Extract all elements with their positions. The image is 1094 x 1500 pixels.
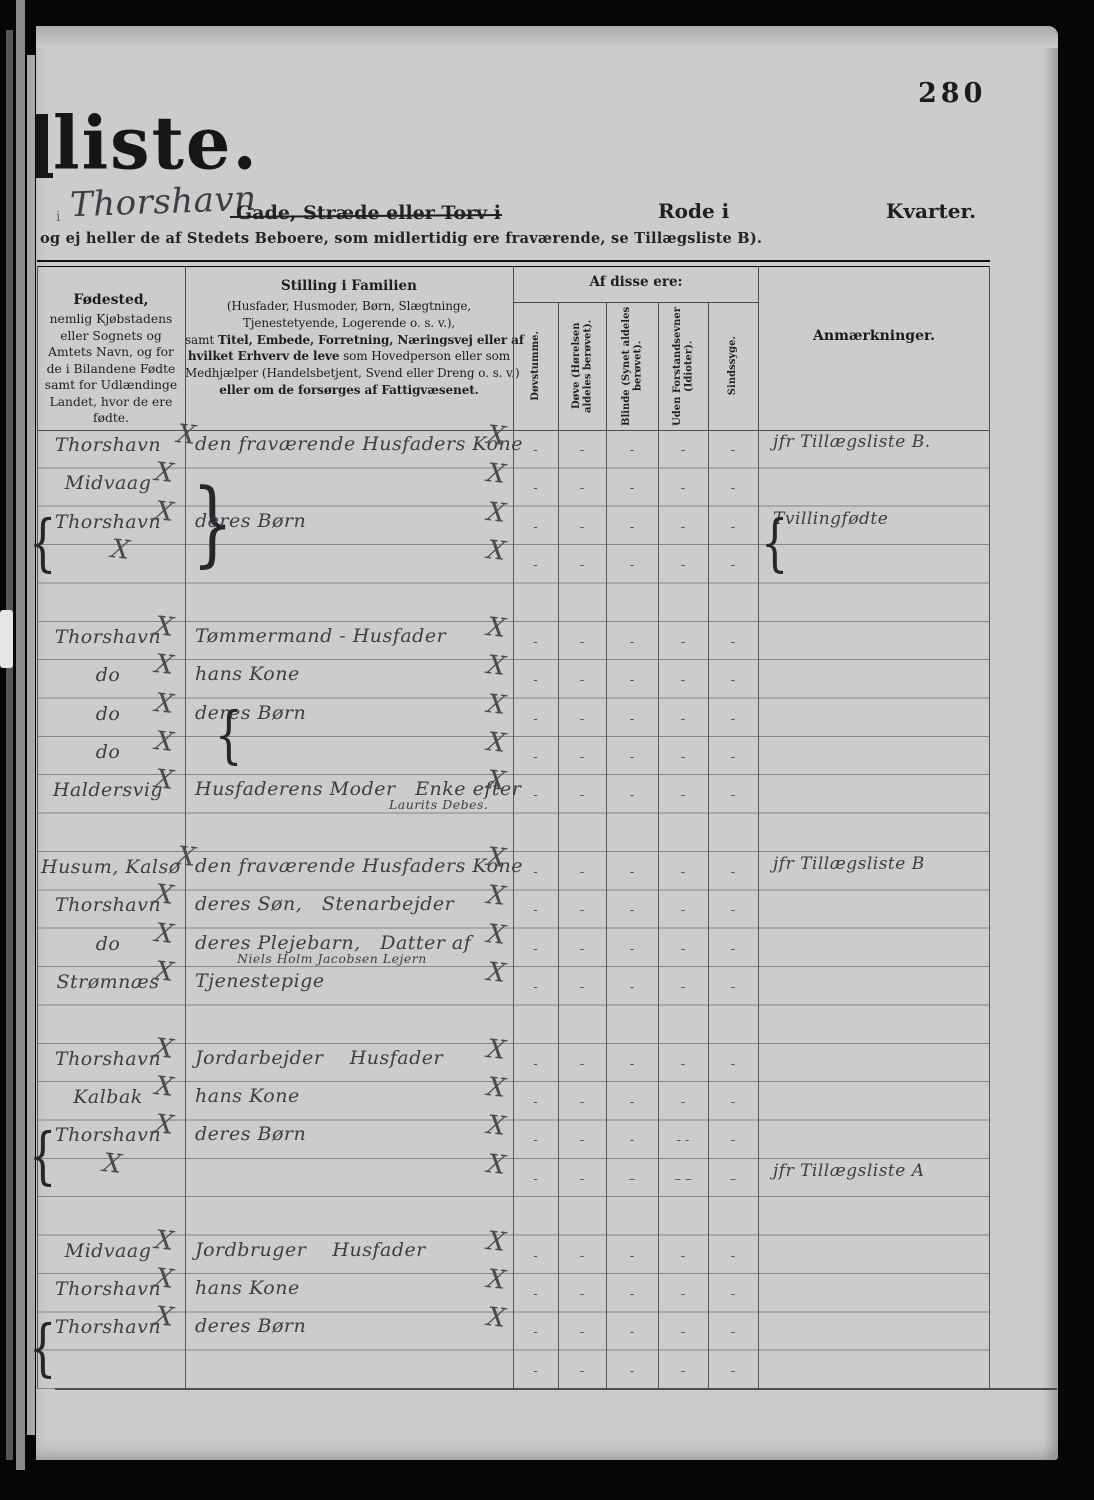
position-x-mark: X: [485, 1302, 507, 1334]
check-mark-uden-forstandsevner: -: [658, 1095, 708, 1110]
check-mark-dove: -: [558, 1325, 606, 1340]
position-x-mark: X: [485, 1264, 507, 1296]
position-x-mark: X: [485, 689, 507, 721]
column-divider: [558, 302, 559, 430]
birthplace-x-mark: X: [153, 1301, 175, 1333]
check-mark-blinde: -: [606, 1287, 658, 1302]
check-mark-dove: -: [558, 903, 606, 918]
check-mark-dovstumme: -: [513, 942, 558, 957]
check-mark-dovstumme: -: [513, 1325, 558, 1340]
check-mark-dove: -: [558, 712, 606, 727]
struck-street-label: Gade, Stræde eller Torv i: [236, 202, 501, 224]
position-entry: hans Kone: [195, 663, 300, 685]
book-edge: [6, 30, 13, 1460]
check-mark-sindssyge: -: [708, 673, 758, 688]
position-entry: Tjenestepige: [195, 970, 325, 992]
header-check-col: Sindssyge.: [708, 302, 758, 430]
check-mark-dovstumme: -: [513, 1095, 558, 1110]
check-mark-dove: -: [558, 980, 606, 995]
position-x-mark: X: [485, 535, 507, 567]
check-mark-sindssyge: -: [708, 1287, 758, 1302]
remark-entry: jfr Tillægsliste B.: [773, 432, 989, 452]
table-row: - - - - -: [37, 1351, 990, 1389]
header-birthplace: Fødested, nemlig Kjøbstadens eller Sogne…: [37, 292, 185, 427]
table-bottom-rule: [55, 1388, 1057, 1390]
check-mark-uden-forstandsevner: -: [658, 712, 708, 727]
check-mark-uden-forstandsevner: -: [658, 1249, 708, 1264]
table-row: Thorshavn X den fraværende Husfaders Kon…: [37, 430, 990, 468]
table-row: Thorshavn X deres Søn, Stenarbejder X - …: [37, 890, 990, 928]
position-x-mark: X: [485, 765, 507, 797]
header-check-col: Uden Forstandsevner (Idioter).: [658, 302, 708, 430]
check-mark-blinde: -: [606, 635, 658, 650]
position-sub-entry: Laurits Debes.: [389, 797, 488, 812]
check-mark-sindssyge: -: [708, 1095, 758, 1110]
table-header: Fødested, nemlig Kjøbstadens eller Sogne…: [37, 266, 990, 431]
position-entry: deres Børn: [195, 1123, 306, 1145]
check-mark-dovstumme: -: [513, 1133, 558, 1148]
paper-sheet: 280 liste. i Thorshavn Gade, Stræde elle…: [36, 26, 1058, 1460]
check-mark-uden-forstandsevner: – –: [658, 1172, 708, 1187]
birthplace-x-mark: X: [175, 419, 197, 451]
header-af-disse-ere: Af disse ere:: [513, 274, 759, 290]
check-mark-dovstumme: -: [513, 635, 558, 650]
table-row: Thorshavn X Jordarbejder Husfader X - - …: [37, 1044, 990, 1082]
position-entry: Tømmermand - Husfader: [195, 625, 446, 647]
check-mark-dove: -: [558, 1133, 606, 1148]
table-row: Husum, Kalsø X den fraværende Husfaders …: [37, 852, 990, 890]
column-divider: [185, 266, 186, 430]
column-divider: [708, 302, 709, 430]
column-divider: [758, 266, 759, 430]
check-mark-uden-forstandsevner: -: [658, 520, 708, 535]
position-x-mark: X: [485, 880, 507, 912]
check-mark-blinde: -: [606, 750, 658, 765]
table-row: X X - - - - -: [37, 545, 990, 583]
header-check-col: Døve (Hørelsen aldeles berøvet).: [558, 302, 606, 430]
column-divider: [37, 266, 38, 430]
check-mark-dovstumme: -: [513, 712, 558, 727]
birthplace-x-mark: X: [153, 1110, 175, 1142]
check-mark-dovstumme: -: [513, 788, 558, 803]
check-mark-sindssyge: -: [708, 750, 758, 765]
check-mark-dovstumme: -: [513, 558, 558, 573]
position-entry: deres Børn: [195, 510, 306, 532]
table-row: Thorshavn X deres Børn X - - - - -: [37, 1312, 990, 1350]
check-mark-sindssyge: -: [708, 980, 758, 995]
position-x-mark: X: [485, 1226, 507, 1258]
birthplace-x-mark: X: [109, 534, 131, 566]
position-x-mark: X: [485, 1072, 507, 1104]
check-mark-uden-forstandsevner: -: [658, 558, 708, 573]
check-mark-sindssyge: -: [708, 635, 758, 650]
birthplace-x-mark: X: [153, 879, 175, 911]
position-entry: den fraværende Husfaders Kone: [195, 855, 523, 877]
table-row: Thorshavn X deres Børn X - - - - - Tvill…: [37, 507, 990, 545]
position-x-mark: X: [485, 497, 507, 529]
check-mark-blinde: -: [606, 1133, 658, 1148]
check-mark-sindssyge: -: [708, 558, 758, 573]
position-entry: Jordarbejder Husfader: [195, 1047, 443, 1069]
position-entry: Jordbruger Husfader: [195, 1239, 426, 1261]
table-row: Strømnæs X Tjenestepige X - - - - -: [37, 967, 990, 1005]
position-entry: den fraværende Husfaders Kone: [195, 433, 523, 455]
birthplace-entry: Husum, Kalsø: [41, 856, 175, 878]
check-mark-dovstumme: -: [513, 1287, 558, 1302]
check-mark-uden-forstandsevner: -: [658, 481, 708, 496]
check-mark-blinde: -: [606, 1364, 658, 1379]
book-edge: [27, 55, 35, 1435]
table-row: Thorshavn X deres Børn X - - - - - -: [37, 1120, 990, 1158]
check-mark-sindssyge: -: [708, 788, 758, 803]
birthplace-x-mark: X: [153, 688, 175, 720]
header-birthplace-title: Fødested,: [37, 292, 185, 308]
location-prefix: i: [56, 209, 60, 225]
position-x-mark: X: [485, 1111, 507, 1143]
table-row: do X deres Plejebarn, Datter af Niels Ho…: [37, 929, 990, 967]
table-row: Thorshavn X hans Kone X - - - - -: [37, 1274, 990, 1312]
check-mark-uden-forstandsevner: - -: [658, 1133, 708, 1148]
remark-entry: Tvillingfødte: [773, 509, 989, 529]
check-mark-blinde: -: [606, 520, 658, 535]
table-row: Kalbak X hans Kone X - - - - -: [37, 1082, 990, 1120]
birthplace-x-mark: X: [153, 1033, 175, 1065]
position-x-mark: X: [485, 650, 507, 682]
check-mark-uden-forstandsevner: -: [658, 788, 708, 803]
birthplace-x-mark: X: [153, 726, 175, 758]
check-mark-blinde: -: [606, 558, 658, 573]
table-row: Haldersvig X Husfaderens Moder Enke efte…: [37, 775, 990, 813]
position-entry: deres Børn: [195, 1315, 306, 1337]
book-edge: [16, 0, 25, 1470]
table-row: Midvaag X Jordbruger Husfader X - - - - …: [37, 1236, 990, 1274]
check-mark-uden-forstandsevner: -: [658, 750, 708, 765]
check-mark-dovstumme: -: [513, 481, 558, 496]
check-mark-dove: -: [558, 1057, 606, 1072]
check-mark-uden-forstandsevner: -: [658, 443, 708, 458]
check-mark-sindssyge: -: [708, 865, 758, 880]
check-mark-blinde: -: [606, 481, 658, 496]
position-x-mark: X: [485, 420, 507, 452]
birthplace-x-mark: X: [153, 1263, 175, 1295]
check-mark-dove: -: [558, 520, 606, 535]
check-mark-dovstumme: -: [513, 865, 558, 880]
check-mark-sindssyge: -: [708, 1249, 758, 1264]
check-mark-sindssyge: -: [708, 903, 758, 918]
check-mark-dovstumme: -: [513, 673, 558, 688]
birthplace-entry: Thorshavn: [41, 434, 175, 456]
check-mark-blinde: -: [606, 980, 658, 995]
check-mark-dovstumme: -: [513, 750, 558, 765]
check-mark-uden-forstandsevner: -: [658, 942, 708, 957]
check-mark-dove: -: [558, 1287, 606, 1302]
table-row: Thorshavn X Tømmermand - Husfader X - - …: [37, 622, 990, 660]
check-mark-dove: -: [558, 443, 606, 458]
birthplace-x-mark: X: [153, 611, 175, 643]
remark-entry: jfr Tillægsliste A: [773, 1161, 989, 1181]
check-mark-blinde: -: [606, 1325, 658, 1340]
position-x-mark: X: [485, 957, 507, 989]
check-mark-uden-forstandsevner: -: [658, 903, 708, 918]
check-mark-dove: -: [558, 673, 606, 688]
check-mark-sindssyge: -: [708, 1325, 758, 1340]
column-divider: [658, 302, 659, 430]
page-title: liste.: [53, 100, 259, 186]
birthplace-x-mark: X: [153, 496, 175, 528]
position-entry: deres Børn: [195, 702, 306, 724]
position-sub-entry: Niels Holm Jacobsen Lejern: [237, 951, 427, 966]
column-divider: [606, 302, 607, 430]
table-row: Midvaag X X - - - - -: [37, 468, 990, 506]
birthplace-x-mark: X: [153, 764, 175, 796]
check-mark-dove: -: [558, 1095, 606, 1110]
check-mark-dovstumme: -: [513, 1057, 558, 1072]
check-mark-sindssyge: -: [708, 481, 758, 496]
check-mark-dovstumme: -: [513, 1172, 558, 1187]
birthplace-x-mark: X: [153, 956, 175, 988]
check-mark-blinde: -: [606, 1057, 658, 1072]
check-mark-dove: -: [558, 865, 606, 880]
check-mark-uden-forstandsevner: -: [658, 1057, 708, 1072]
position-x-mark: X: [485, 919, 507, 951]
birthplace-x-mark: X: [153, 1225, 175, 1257]
check-mark-dove: -: [558, 1172, 606, 1187]
check-mark-sindssyge: -: [708, 1133, 758, 1148]
check-mark-blinde: -: [606, 788, 658, 803]
position-entry: hans Kone: [195, 1277, 300, 1299]
table-row: [37, 1005, 990, 1043]
column-divider: [513, 266, 514, 430]
check-mark-dove: -: [558, 942, 606, 957]
birthplace-x-mark: X: [175, 841, 197, 873]
check-mark-dovstumme: -: [513, 1364, 558, 1379]
check-mark-dovstumme: -: [513, 443, 558, 458]
handwritten-place: Thorshavn: [69, 179, 257, 225]
check-mark-uden-forstandsevner: -: [658, 1325, 708, 1340]
check-mark-blinde: -: [606, 1095, 658, 1110]
check-mark-blinde: -: [606, 673, 658, 688]
check-mark-uden-forstandsevner: -: [658, 673, 708, 688]
table-row: do X deres Børn X - - - - -: [37, 699, 990, 737]
table-row: [37, 1197, 990, 1235]
note-line: og ej heller de af Stedets Beboere, som …: [40, 230, 762, 247]
check-mark-blinde: -: [606, 942, 658, 957]
check-mark-blinde: –: [606, 1172, 658, 1187]
birthplace-x-mark: X: [153, 457, 175, 489]
check-mark-blinde: -: [606, 865, 658, 880]
check-mark-sindssyge: -: [708, 1057, 758, 1072]
table-body: Thorshavn X den fraværende Husfaders Kon…: [37, 430, 990, 1389]
check-mark-sindssyge: -: [708, 1364, 758, 1379]
check-mark-dove: -: [558, 635, 606, 650]
header-position-title: Stilling i Familien: [185, 278, 513, 294]
check-mark-sindssyge: -: [708, 712, 758, 727]
position-x-mark: X: [485, 458, 507, 490]
birthplace-x-mark: X: [153, 918, 175, 950]
check-mark-dovstumme: -: [513, 1249, 558, 1264]
table-row: X X - - – – – – jfr Tillægsliste A: [37, 1159, 990, 1197]
check-mark-sindssyge: -: [708, 443, 758, 458]
position-x-mark: X: [485, 1149, 507, 1181]
header-check-col: Døvstumme.: [513, 302, 558, 430]
header-position: Stilling i Familien (Husfader, Husmoder,…: [185, 278, 513, 399]
check-mark-uden-forstandsevner: -: [658, 1364, 708, 1379]
table-row: [37, 583, 990, 621]
check-mark-dove: -: [558, 1249, 606, 1264]
check-mark-uden-forstandsevner: -: [658, 980, 708, 995]
check-mark-blinde: -: [606, 1249, 658, 1264]
check-mark-dove: -: [558, 1364, 606, 1379]
birthplace-x-mark: X: [153, 1071, 175, 1103]
column-divider: [989, 266, 990, 430]
check-mark-blinde: -: [606, 712, 658, 727]
check-mark-dove: -: [558, 558, 606, 573]
position-x-mark: X: [485, 1034, 507, 1066]
title-cutoff-letter: [36, 114, 48, 178]
birthplace-x-mark: X: [101, 1148, 123, 1180]
check-mark-uden-forstandsevner: -: [658, 1287, 708, 1302]
rode-label: Rode i: [658, 199, 729, 223]
remark-entry: jfr Tillægsliste B: [773, 854, 989, 874]
check-mark-uden-forstandsevner: -: [658, 865, 708, 880]
kvarter-label: Kvarter.: [886, 199, 976, 223]
position-x-mark: X: [485, 842, 507, 874]
check-mark-dove: -: [558, 788, 606, 803]
check-mark-dovstumme: -: [513, 903, 558, 918]
check-mark-uden-forstandsevner: -: [658, 635, 708, 650]
position-x-mark: X: [485, 727, 507, 759]
check-mark-sindssyge: -: [708, 942, 758, 957]
check-mark-dovstumme: -: [513, 980, 558, 995]
position-entry: hans Kone: [195, 1085, 300, 1107]
table-row: do X X - - - - -: [37, 737, 990, 775]
birthplace-x-mark: X: [153, 649, 175, 681]
page-number: 280: [918, 78, 986, 109]
header-check-col: Blinde (Synet aldeles berøvet).: [606, 302, 658, 430]
header-remarks: Anmærkninger.: [758, 328, 990, 344]
check-mark-sindssyge: -: [708, 520, 758, 535]
check-mark-dovstumme: -: [513, 520, 558, 535]
table-row: do X hans Kone X - - - - -: [37, 660, 990, 698]
scanned-census-page: 280 liste. i Thorshavn Gade, Stræde elle…: [0, 0, 1094, 1500]
check-mark-sindssyge: –: [708, 1172, 758, 1187]
check-mark-dove: -: [558, 750, 606, 765]
check-mark-blinde: -: [606, 903, 658, 918]
position-x-mark: X: [485, 612, 507, 644]
check-mark-blinde: -: [606, 443, 658, 458]
position-entry: deres Søn, Stenarbejder: [195, 893, 454, 915]
check-mark-dove: -: [558, 481, 606, 496]
scan-artifact: [0, 610, 13, 668]
header-birthplace-desc: nemlig Kjøbstadens eller Sognets og Amte…: [37, 311, 185, 427]
